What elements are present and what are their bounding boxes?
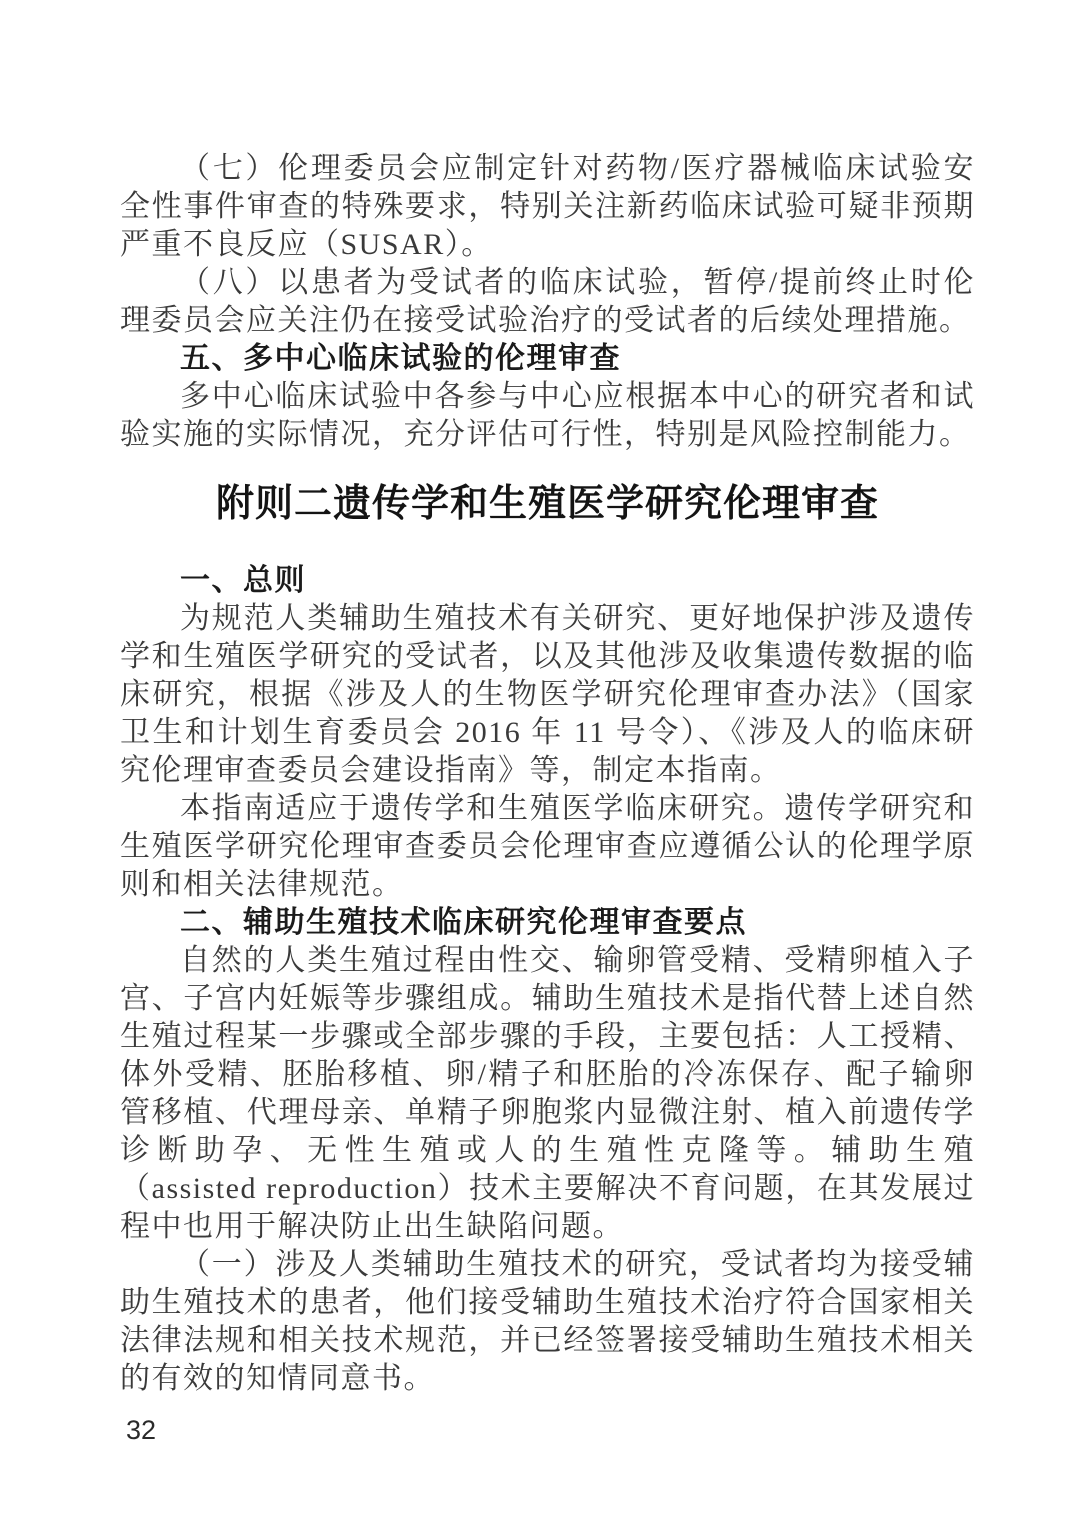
document-page: （七）伦理委员会应制定针对药物/医疗器械临床试验安全性事件审查的特殊要求，特别关… xyxy=(0,0,1080,1528)
page-number: 32 xyxy=(120,1414,975,1446)
paragraph-art-description: 自然的人类生殖过程由性交、输卵管受精、受精卵植入子宫、子宫内妊娠等步骤组成。辅助… xyxy=(120,942,975,1246)
section-heading-2-art-review-points: 二、辅助生殖技术临床研究伦理审查要点 xyxy=(120,904,975,942)
section-heading-5-multicenter-trials: 五、多中心临床试验的伦理审查 xyxy=(120,340,975,378)
paragraph-item-8: （八）以患者为受试者的临床试验，暂停/提前终止时伦理委员会应关注仍在接受试验治疗… xyxy=(120,264,975,340)
section-heading-1-general-principles: 一、总则 xyxy=(120,562,975,600)
paragraph-general-principles-2: 本指南适应于遗传学和生殖医学临床研究。遗传学研究和生殖医学研究伦理审查委员会伦理… xyxy=(120,790,975,904)
paragraph-item-7: （七）伦理委员会应制定针对药物/医疗器械临床试验安全性事件审查的特殊要求，特别关… xyxy=(120,150,975,264)
paragraph-multicenter-body: 多中心临床试验中各参与中心应根据本中心的研究者和试验实施的实际情况，充分评估可行… xyxy=(120,378,975,454)
paragraph-general-principles-1: 为规范人类辅助生殖技术有关研究、更好地保护涉及遗传学和生殖医学研究的受试者，以及… xyxy=(120,600,975,790)
appendix-title: 附则二遗传学和生殖医学研究伦理审查 xyxy=(120,482,975,526)
paragraph-item-1-art-subjects: （一）涉及人类辅助生殖技术的研究，受试者均为接受辅助生殖技术的患者，他们接受辅助… xyxy=(120,1246,975,1398)
